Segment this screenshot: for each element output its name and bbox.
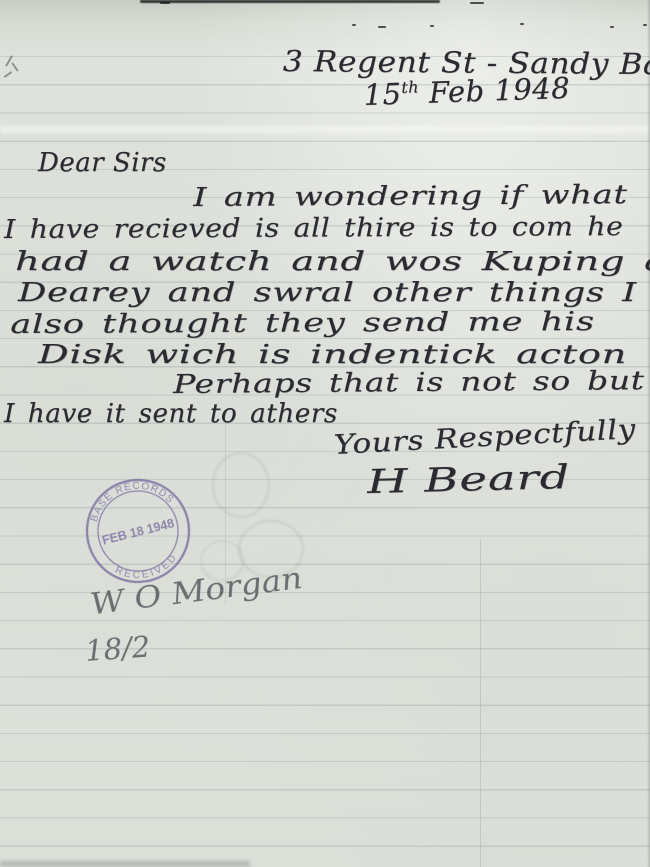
- letter-scan-page: 3 Regent St - Sandy Bay 15th Feb 1948 De…: [0, 0, 650, 867]
- stamp-date-text: FEB 18 1948: [101, 516, 176, 547]
- paper-crease-horizontal: [0, 126, 650, 133]
- scan-speck: [378, 26, 386, 28]
- scan-bottom-smudge: [0, 861, 250, 867]
- scan-speck: [610, 26, 614, 28]
- date-notation-annotation: 18/2: [84, 629, 151, 667]
- body-line: Disk wich is indentick acton: [38, 340, 627, 370]
- date-ordinal-superscript: th: [401, 77, 419, 97]
- signature: H Beard: [366, 457, 571, 501]
- date-day: 15: [363, 77, 402, 112]
- body-line: I am wondering if what: [193, 180, 628, 213]
- scan-speck: [430, 25, 434, 27]
- pencil-scribble: [4, 71, 13, 78]
- closing-line: Yours Respectfully: [333, 414, 637, 461]
- salutation: Dear Sirs: [38, 148, 167, 178]
- scan-top-edge-mark: [140, 0, 440, 3]
- date-line: 15th Feb 1948: [363, 71, 571, 112]
- scan-speck: [160, 2, 170, 4]
- body-line: I have recieved is all thire is to com h…: [4, 212, 623, 245]
- scan-speck: [520, 23, 524, 25]
- scan-speck: [470, 2, 484, 4]
- scan-speck: [643, 24, 647, 26]
- body-line: also thought they send me his: [10, 307, 595, 340]
- paper-crease-vertical: [480, 540, 481, 867]
- date-month-year: Feb 1948: [419, 71, 571, 110]
- body-line: had a watch and wos Kuping a: [15, 247, 650, 277]
- scan-speck: [352, 24, 356, 26]
- pencil-scribble: [11, 62, 18, 71]
- body-line: I have it sent to athers: [4, 399, 338, 429]
- body-line: Dearey and swral other things I: [18, 278, 637, 308]
- body-line: Perhaps that is not so but: [173, 366, 645, 400]
- ghost-stamp-impression: [212, 452, 270, 518]
